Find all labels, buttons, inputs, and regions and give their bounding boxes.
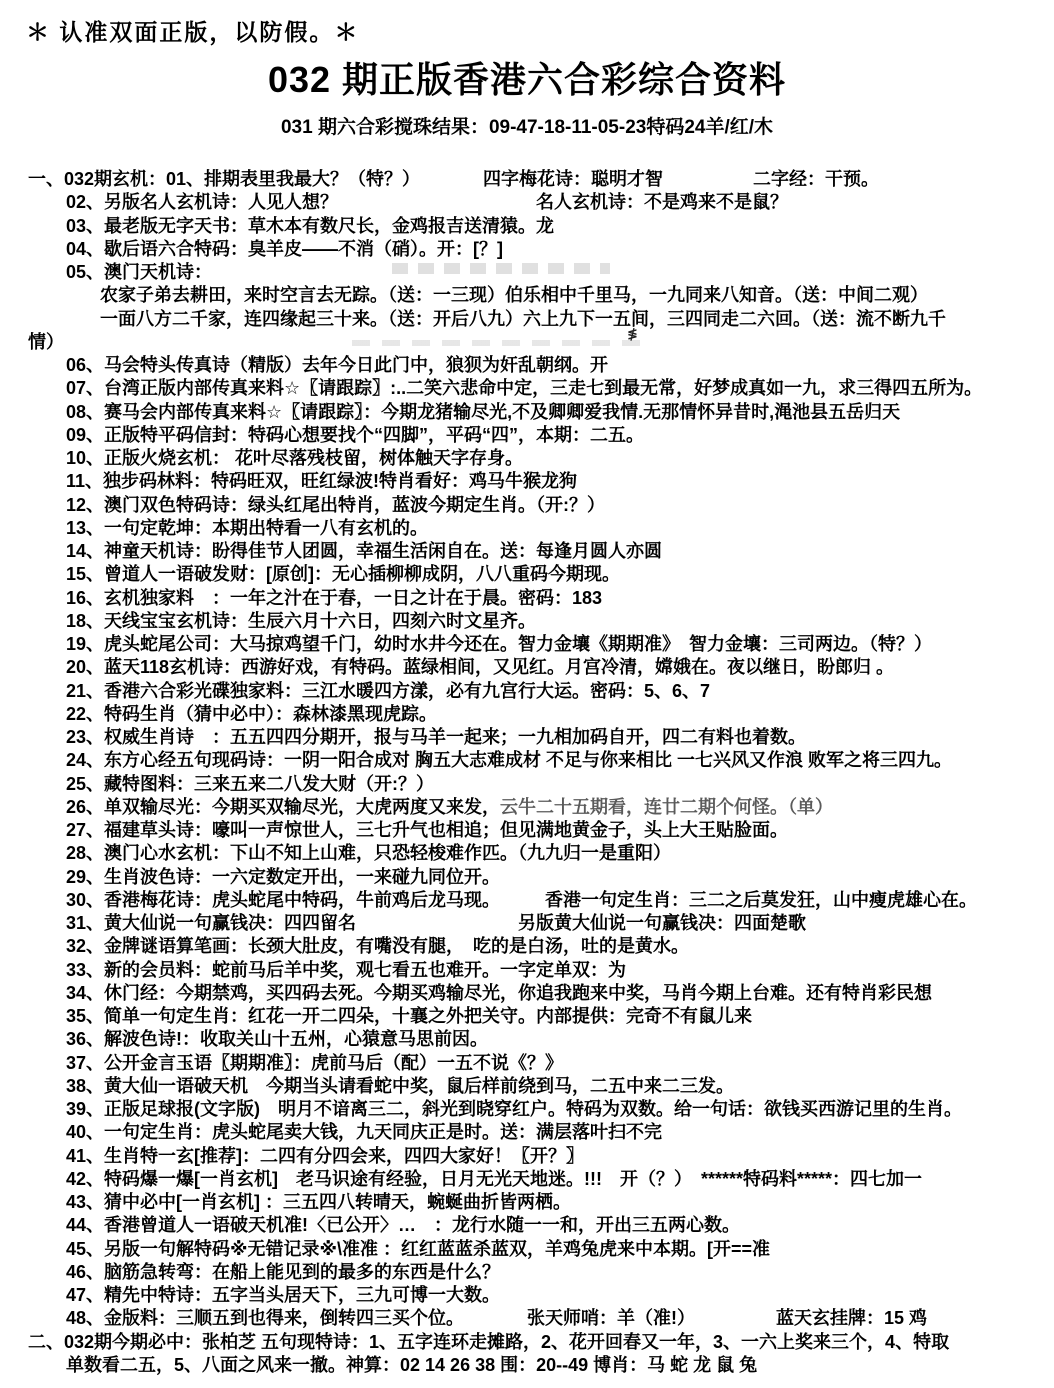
scan-artifact	[392, 263, 610, 274]
text-line: 10、正版火烧玄机： 花叶尽落残枝留，树体触天字存身。	[0, 447, 1054, 470]
text-line: 32、金牌谜语算笔画：长颈大肚皮，有嘴没有腿， 吃的是白汤，吐的是黄水。	[0, 935, 1054, 958]
text-line: 21、香港六合彩光碟独家料：三江水暖四方漾，必有九宫行大运。密码：5、6、7	[0, 680, 1054, 703]
line-text: 36、解波色诗!：收取关山十五州，心猿意马思前因。	[66, 1029, 488, 1049]
line-text: 41、生肖特一玄[推荐]：二四有分四会来，四四大家好！〖开？〗	[66, 1146, 584, 1166]
text-line: 45、另版一句解特码※无错记录※\准准 ：红红蓝蓝杀蓝双，羊鸡兔虎来中本期。[开…	[0, 1238, 1054, 1261]
line-text: 15、曾道人一语破发财：[原创]：无心插柳柳成阴，八八重码今期现。	[66, 564, 620, 584]
text-line: 14、神童天机诗：盼得佳节人团圆，幸福生活闲自在。送：每逢月圆人亦圆	[0, 540, 1054, 563]
line-text: 30、香港梅花诗：虎头蛇尾中特码，牛前鸡后龙马现。 香港一句定生肖：三二之后莫发…	[66, 890, 977, 910]
line-text: 情）	[28, 332, 64, 352]
text-line: 43、猜中必中[一肖玄机] ：三五四八转晴天，蜿蜒曲折皆两栖。	[0, 1191, 1054, 1214]
line-text: 33、新的会员料：蛇前马后羊中奖，观七看五也难开。一字定单双：为	[66, 960, 626, 980]
text-line: 12、澳门双色特码诗：绿头红尾出特肖，蓝波今期定生肖。（开:？）	[0, 494, 1054, 517]
line-text: 45、另版一句解特码※无错记录※\准准 ：红红蓝蓝杀蓝双，羊鸡兔虎来中本期。[开…	[66, 1239, 770, 1259]
line-text: 21、香港六合彩光碟独家料：三江水暖四方漾，必有九宫行大运。密码：5、6、7	[66, 681, 710, 701]
line-text: 22、特码生肖（猜中必中）：森林漆黑现虎踪。	[66, 704, 437, 724]
line-text: 04、歇后语六合特码：臭羊皮——不消（硝）。开：[？]	[66, 239, 503, 259]
line-text: 39、正版足球报(文字版) 明月不谙离三二，斜光到晓穿红户。特码为双数。给一句话…	[66, 1099, 962, 1119]
line-text: 27、福建草头诗：嚎叫一声惊世人，三七升气也相追；但见满地黄金子，头上大王贴脸面…	[66, 820, 788, 840]
line-text: 13、一句定乾坤：本期出特看一八有玄机的。	[66, 518, 428, 538]
text-line: 28、澳门心水玄机：下山不知上山难，只恐轻梭难作匹。（九九归一是重阳）	[0, 842, 1054, 865]
text-line: 06、马会特头传真诗（精版）去年今日此门中，狼狈为奸乱朝纲。开	[0, 354, 1054, 377]
text-line: 34、休门经：今期禁鸡，买四码去死。今期买鸡输尽光，你追我跑来中奖，马肖今期上台…	[0, 982, 1054, 1005]
text-line: 03、最老版无字天书：草木本有数尺长，金鸡报吉送清猿。龙	[0, 215, 1054, 238]
text-line: 40、一句定生肖：虎头蛇尾卖大钱，九天同庆正是时。送：满层落叶扫不完	[0, 1121, 1054, 1144]
line-text: 09、正版特平码信封：特码心想要找个“四脚”，平码“四”，本期：二五。	[66, 425, 644, 445]
line-text: 48、金版料：三顺五到也得来，倒转四三买个位。 张天师哨：羊（准!） 蓝天玄挂牌…	[66, 1308, 927, 1328]
line-text: 二、032期今期必中：张柏芝 五句现特诗：1、五字连环走摊路，2、花开回春又一年…	[28, 1332, 949, 1352]
line-text: 05、澳门天机诗：	[66, 262, 212, 282]
text-line: 20、蓝天118玄机诗：西游好戏，有特码。蓝绿相间，又见红。月宫冷清，嫦娥在。夜…	[0, 656, 1054, 679]
line-text: 26、单双输尽光：今期买双输尽光，大虎两度又来发，	[66, 797, 500, 817]
text-line: 一面八方二千家，连四缘起三十来。（送：开后八九）六上九下一五间，三四同走二六回。…	[0, 308, 1054, 331]
line-text: 34、休门经：今期禁鸡，买四码去死。今期买鸡输尽光，你追我跑来中奖，马肖今期上台…	[66, 983, 932, 1003]
text-line: 39、正版足球报(文字版) 明月不谙离三二，斜光到晓穿红户。特码为双数。给一句话…	[0, 1098, 1054, 1121]
line-text: 44、香港曾道人一语破天机准!〈已公开〉… ：龙行水随一一和，开出三五两心数。	[66, 1215, 740, 1235]
text-line: 37、公开金言玉语〖期期准〗：虎前马后（配）一五不说《？》	[0, 1052, 1054, 1075]
line-text: 32、金牌谜语算笔画：长颈大肚皮，有嘴没有腿， 吃的是白汤，吐的是黄水。	[66, 936, 689, 956]
line-text: 47、精先中特诗：五字当头居天下，三九可博一大数。	[66, 1285, 500, 1305]
text-line: 19、虎头蛇尾公司：大马掠鸡望千门，幼时水井今还在。智力金壤《期期准》 智力金壤…	[0, 633, 1054, 656]
text-line: 单数看二五，5、八面之风来一撤。神算：02 14 26 38 围：20--49 …	[0, 1354, 1054, 1377]
text-line: 24、东方心经五句现码诗：一阴一阳合成对 胸五大志难成材 不足与你来相比 一七兴…	[0, 749, 1054, 772]
line-text: 08、赛马会内部传真来料☆〖请跟踪〗：今期龙猪输尽光,不及卿卿爱我情.无那情怀异…	[66, 402, 900, 422]
content-lines: 一、032期玄机：01、排期表里我最大？（特？） 四字梅花诗：聪明才智 二字经：…	[0, 168, 1054, 1377]
line-text: 23、权威生肖诗 ：五五四四分期开，报与马羊一起来；一九相加码自开，四二有料也着…	[66, 727, 806, 747]
line-text: 03、最老版无字天书：草木本有数尺长，金鸡报吉送清猿。龙	[66, 216, 554, 236]
line-text: 一、032期玄机：01、排期表里我最大？（特？） 四字梅花诗：聪明才智 二字经：…	[28, 169, 879, 189]
line-text: 12、澳门双色特码诗：绿头红尾出特肖，蓝波今期定生肖。（开:？）	[66, 495, 605, 515]
scan-artifact	[352, 340, 648, 346]
text-line: 农家子弟去耕田，来时空言去无踪。（送：一三现）伯乐相中千里马，一九同来八知音。（…	[0, 284, 1054, 307]
line-text: 38、黄大仙一语破天机 今期当头请看蛇中奖，鼠后样前绕到马，二五中来二三发。	[66, 1076, 734, 1096]
previous-draw-result: 031 期六合彩搅珠结果：09-47-18-11-05-23特码24羊/红/木	[0, 112, 1054, 139]
text-line: 48、金版料：三顺五到也得来，倒转四三买个位。 张天师哨：羊（准!） 蓝天玄挂牌…	[0, 1307, 1054, 1330]
text-line: 36、解波色诗!：收取关山十五州，心猿意马思前因。	[0, 1028, 1054, 1051]
line-text: 31、黄大仙说一句赢钱决：四四留名 另版黄大仙说一句赢钱决：四面楚歌	[66, 913, 806, 933]
lottery-info-sheet: ＊ 认准双面正版，以防假。＊ 032 期正版香港六合彩综合资料 031 期六合彩…	[0, 0, 1054, 1388]
text-line: 44、香港曾道人一语破天机准!〈已公开〉… ：龙行水随一一和，开出三五两心数。	[0, 1214, 1054, 1237]
line-text: 42、特码爆一爆[一肖玄机] 老马识途有经验，日月无光天地迷。!!! 开（？） …	[66, 1169, 922, 1189]
line-text: 18、天线宝宝玄机诗：生辰六月十六日，四刻六时文星齐。	[66, 611, 536, 631]
text-line: 11、独步码林料：特码旺双，旺红绿波!特肖看好：鸡马牛猴龙狗	[0, 470, 1054, 493]
authenticity-note: ＊ 认准双面正版，以防假。＊	[26, 14, 359, 47]
text-line: 46、脑筋急转弯：在船上能见到的最多的东西是什么？	[0, 1261, 1054, 1284]
text-line: 08、赛马会内部传真来料☆〖请跟踪〗：今期龙猪输尽光,不及卿卿爱我情.无那情怀异…	[0, 401, 1054, 424]
line-text: 35、简单一句定生肖：红花一开二四朵，十襄之外把关守。内部提供：完奇不有鼠儿来	[66, 1006, 752, 1026]
text-line: 47、精先中特诗：五字当头居天下，三九可博一大数。	[0, 1284, 1054, 1307]
text-line: 35、简单一句定生肖：红花一开二四朵，十襄之外把关守。内部提供：完奇不有鼠儿来	[0, 1005, 1054, 1028]
text-line: 26、单双输尽光：今期买双输尽光，大虎两度又来发，云牛二十五期看，连廿二期个何怪…	[0, 796, 1054, 819]
text-line: 09、正版特平码信封：特码心想要找个“四脚”，平码“四”，本期：二五。	[0, 424, 1054, 447]
text-line: 30、香港梅花诗：虎头蛇尾中特码，牛前鸡后龙马现。 香港一句定生肖：三二之后莫发…	[0, 889, 1054, 912]
text-line: 42、特码爆一爆[一肖玄机] 老马识途有经验，日月无光天地迷。!!! 开（？） …	[0, 1168, 1054, 1191]
line-text: 28、澳门心水玄机：下山不知上山难，只恐轻梭难作匹。（九九归一是重阳）	[66, 843, 671, 863]
line-text: 29、生肖波色诗：一六定数定开出，一来碰九同位开。	[66, 867, 500, 887]
line-text-faded: 云牛二十五期看，连廿二期个何怪。（单）	[500, 797, 833, 817]
line-text: 07、台湾正版内部传真来料☆〖请跟踪〗:..二笑六悲命中定，三走七到最无常，好梦…	[66, 378, 982, 398]
text-line: 15、曾道人一语破发财：[原创]：无心插柳柳成阴，八八重码今期现。	[0, 563, 1054, 586]
text-line: 18、天线宝宝玄机诗：生辰六月十六日，四刻六时文星齐。	[0, 610, 1054, 633]
text-line: 27、福建草头诗：嚎叫一声惊世人，三七升气也相追；但见满地黄金子，头上大王贴脸面…	[0, 819, 1054, 842]
line-text: 40、一句定生肖：虎头蛇尾卖大钱，九天同庆正是时。送：满层落叶扫不完	[66, 1122, 662, 1142]
text-line: 二、032期今期必中：张柏芝 五句现特诗：1、五字连环走摊路，2、花开回春又一年…	[0, 1331, 1054, 1354]
line-text: 24、东方心经五句现码诗：一阴一阳合成对 胸五大志难成材 不足与你来相比 一七兴…	[66, 750, 952, 770]
text-line: 22、特码生肖（猜中必中）：森林漆黑现虎踪。	[0, 703, 1054, 726]
text-line: 07、台湾正版内部传真来料☆〖请跟踪〗:..二笑六悲命中定，三走七到最无常，好梦…	[0, 377, 1054, 400]
text-line: 23、权威生肖诗 ：五五四四分期开，报与马羊一起来；一九相加码自开，四二有料也着…	[0, 726, 1054, 749]
line-text: 19、虎头蛇尾公司：大马掠鸡望千门，幼时水井今还在。智力金壤《期期准》 智力金壤…	[66, 634, 932, 654]
line-text: 02、另版名人玄机诗：人见人想？ 名人玄机诗：不是鸡来不是鼠？	[66, 192, 788, 212]
line-text: 06、马会特头传真诗（精版）去年今日此门中，狼狈为奸乱朝纲。开	[66, 355, 608, 375]
text-line: 25、藏特图料：三来五来二八发大财（开:？）	[0, 773, 1054, 796]
text-line: 一、032期玄机：01、排期表里我最大？（特？） 四字梅花诗：聪明才智 二字经：…	[0, 168, 1054, 191]
page-title: 032 期正版香港六合彩综合资料	[0, 52, 1054, 103]
line-text: 16、玄机独家料 ：一年之汁在于春，一日之计在于晨。密码：183	[66, 588, 602, 608]
text-line: 13、一句定乾坤：本期出特看一八有玄机的。	[0, 517, 1054, 540]
text-line: 04、歇后语六合特码：臭羊皮——不消（硝）。开：[？]	[0, 238, 1054, 261]
text-line: 31、黄大仙说一句赢钱决：四四留名 另版黄大仙说一句赢钱决：四面楚歌	[0, 912, 1054, 935]
line-text: 20、蓝天118玄机诗：西游好戏，有特码。蓝绿相间，又见红。月宫冷清，嫦娥在。夜…	[66, 657, 894, 677]
scan-artifact-glyph: ≸	[627, 326, 638, 342]
line-text: 一面八方二千家，连四缘起三十来。（送：开后八九）六上九下一五间，三四同走二六回。…	[100, 309, 946, 329]
line-text: 单数看二五，5、八面之风来一撤。神算：02 14 26 38 围：20--49 …	[66, 1355, 757, 1375]
line-text: 10、正版火烧玄机： 花叶尽落残枝留，树体触天字存身。	[66, 448, 523, 468]
line-text: 46、脑筋急转弯：在船上能见到的最多的东西是什么？	[66, 1262, 500, 1282]
text-line: 33、新的会员料：蛇前马后羊中奖，观七看五也难开。一字定单双：为	[0, 959, 1054, 982]
text-line: 16、玄机独家料 ：一年之汁在于春，一日之计在于晨。密码：183	[0, 587, 1054, 610]
line-text: 14、神童天机诗：盼得佳节人团圆，幸福生活闲自在。送：每逢月圆人亦圆	[66, 541, 662, 561]
text-line: 02、另版名人玄机诗：人见人想？ 名人玄机诗：不是鸡来不是鼠？	[0, 191, 1054, 214]
text-line: 38、黄大仙一语破天机 今期当头请看蛇中奖，鼠后样前绕到马，二五中来二三发。	[0, 1075, 1054, 1098]
line-text: 农家子弟去耕田，来时空言去无踪。（送：一三现）伯乐相中千里马，一九同来八知音。（…	[100, 285, 928, 305]
line-text: 37、公开金言玉语〖期期准〗：虎前马后（配）一五不说《？》	[66, 1053, 563, 1073]
line-text: 11、独步码林料：特码旺双，旺红绿波!特肖看好：鸡马牛猴龙狗	[66, 471, 577, 491]
line-text: 25、藏特图料：三来五来二八发大财（开:？）	[66, 774, 434, 794]
line-text: 43、猜中必中[一肖玄机] ：三五四八转晴天，蜿蜒曲折皆两栖。	[66, 1192, 571, 1212]
text-line: 29、生肖波色诗：一六定数定开出，一来碰九同位开。	[0, 866, 1054, 889]
text-line: 41、生肖特一玄[推荐]：二四有分四会来，四四大家好！〖开？〗	[0, 1145, 1054, 1168]
